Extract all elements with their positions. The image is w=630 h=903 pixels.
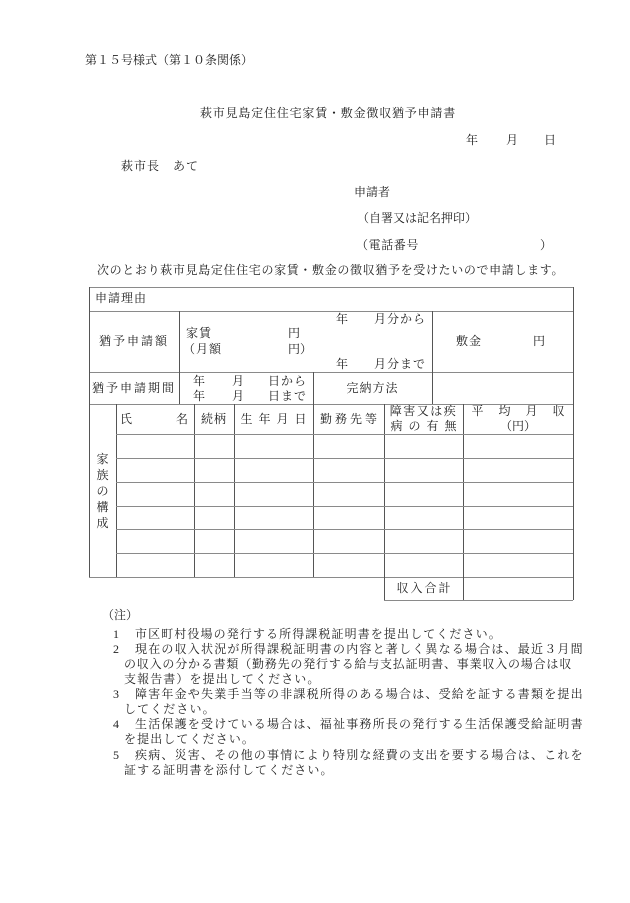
intro-text: 次のとおり萩市見島定住住宅の家賃・敷金の徴収猶予を受けたいので申請します。 [97,263,564,277]
note-number: 5 [113,748,119,762]
application-form-page: 第１５号様式（第１０条関係） 萩市見島定住住宅家賃・敷金徴収猶予申請書 年 月 … [0,0,630,903]
deposit-unit: 円 [533,334,545,348]
to-year-label: 年 [336,357,348,371]
deposit-label: 敷金 [456,334,482,348]
header-income-line1: 平均月収 [472,404,580,419]
period-from-year: 年 [193,374,205,388]
table-rule [573,287,574,600]
amount-label: 猶予申請額 [89,311,179,372]
table-rule [432,311,433,404]
table-row [116,506,573,529]
note-text: 証する証明書を添付してください。 [124,763,334,777]
monthly-label: （月額 [183,342,222,356]
period-to-day: 日まで [268,389,307,403]
note-text: の収入の分かる書類（勤務先の発行する給与支払証明書、事業収入の場合は収 [124,657,572,671]
table-row [116,553,573,577]
note-number: 4 [113,717,119,731]
document-title: 萩市見島定住住宅家賃・敷金徴収猶予申請書 [200,106,456,120]
note-text: してください。 [124,702,216,716]
note-text: 支報告書）を提出してください。 [124,672,321,686]
form-number: 第１５号様式（第１０条関係） [85,53,253,67]
rent-label: 家賃 [186,326,212,340]
note-text: 障害年金や失業手当等の非課税所得のある場合は、受給を証する書類を提出 [135,687,584,701]
period-label-text: 猶予申請期間 [92,381,176,396]
header-disability-line1: 障害又は疾 [390,404,458,419]
header-birthdate-text: 生年月日 [240,412,312,427]
signature-note: （自署又は記名押印） [357,211,477,225]
period-from-month: 月 [232,374,244,388]
date-year-label: 年 [466,133,478,147]
header-workplace-text: 勤務先等 [320,412,380,427]
family-label-char: 族 [96,467,108,483]
income-total-label: 収入合計 [384,577,463,600]
family-label-char: 家 [96,451,108,467]
table-rule [384,600,573,601]
header-name-text: 氏 名 [120,412,190,427]
to-month-label: 月分まで [374,357,426,371]
income-total-value [463,577,573,600]
header-income-line2: （円） [500,419,536,434]
header-disability-line2: 病の有無 [390,419,462,434]
table-row [116,529,573,553]
applicant-label: 申請者 [354,185,390,199]
payment-method-label-text: 完納方法 [346,381,398,396]
header-birthdate: 生年月日 [234,404,313,434]
date-day-label: 日 [544,133,556,147]
note-text: 市区町村役場の発行する所得課税証明書を提出してください。 [135,627,502,641]
header-disability: 障害又は疾 病の有無 [384,404,463,434]
family-label-char: 構 [96,499,108,515]
family-label-char: の [96,483,108,499]
table-row [116,434,573,458]
phone-label: （電話番号 [356,238,419,252]
from-month-label: 月分から [374,312,426,326]
header-relation: 続柄 [194,404,234,434]
table-row [116,482,573,506]
period-from-day: 日から [268,374,307,388]
notes-heading: （注） [102,608,138,622]
income-total-label-text: 収入合計 [396,581,452,596]
reason-label: 申請理由 [95,291,147,305]
note-number: 1 [113,627,119,641]
note-number: 2 [113,642,119,656]
table-rule [179,311,180,404]
header-income: 平均月収 （円） [463,404,573,434]
note-text: 現在の収入状況が所得課税証明書の内容と著しく異なる場合は、最近３月間 [135,642,584,656]
note-text: 生活保護を受けている場合は、福祉事務所長の発行する生活保護受給証明書 [135,717,584,731]
header-name: 氏 名 [116,404,194,434]
payment-method-label: 完納方法 [313,372,432,404]
addressee: 萩市長 あて [121,159,199,173]
period-to-month: 月 [232,389,244,403]
from-year-label: 年 [336,312,348,326]
table-rule [89,287,573,288]
family-composition-label: 家 族 の 構 成 [89,404,116,577]
phone-close-paren: ） [540,238,552,252]
table-row [116,458,573,482]
date-month-label: 月 [506,133,518,147]
amount-label-text: 猶予申請額 [99,334,169,349]
period-to-year: 年 [193,389,205,403]
rent-unit: 円 [288,326,300,340]
note-number: 3 [113,687,119,701]
family-label-char: 成 [96,515,108,531]
header-relation-text: 続柄 [201,412,227,427]
note-text: を提出してください。 [124,732,255,746]
monthly-unit: 円） [288,342,312,356]
header-workplace: 勤務先等 [313,404,384,434]
note-text: 疾病、災害、その他の事情により特別な経費の支出を要する場合は、これを [135,748,584,762]
period-label: 猶予申請期間 [89,372,179,404]
